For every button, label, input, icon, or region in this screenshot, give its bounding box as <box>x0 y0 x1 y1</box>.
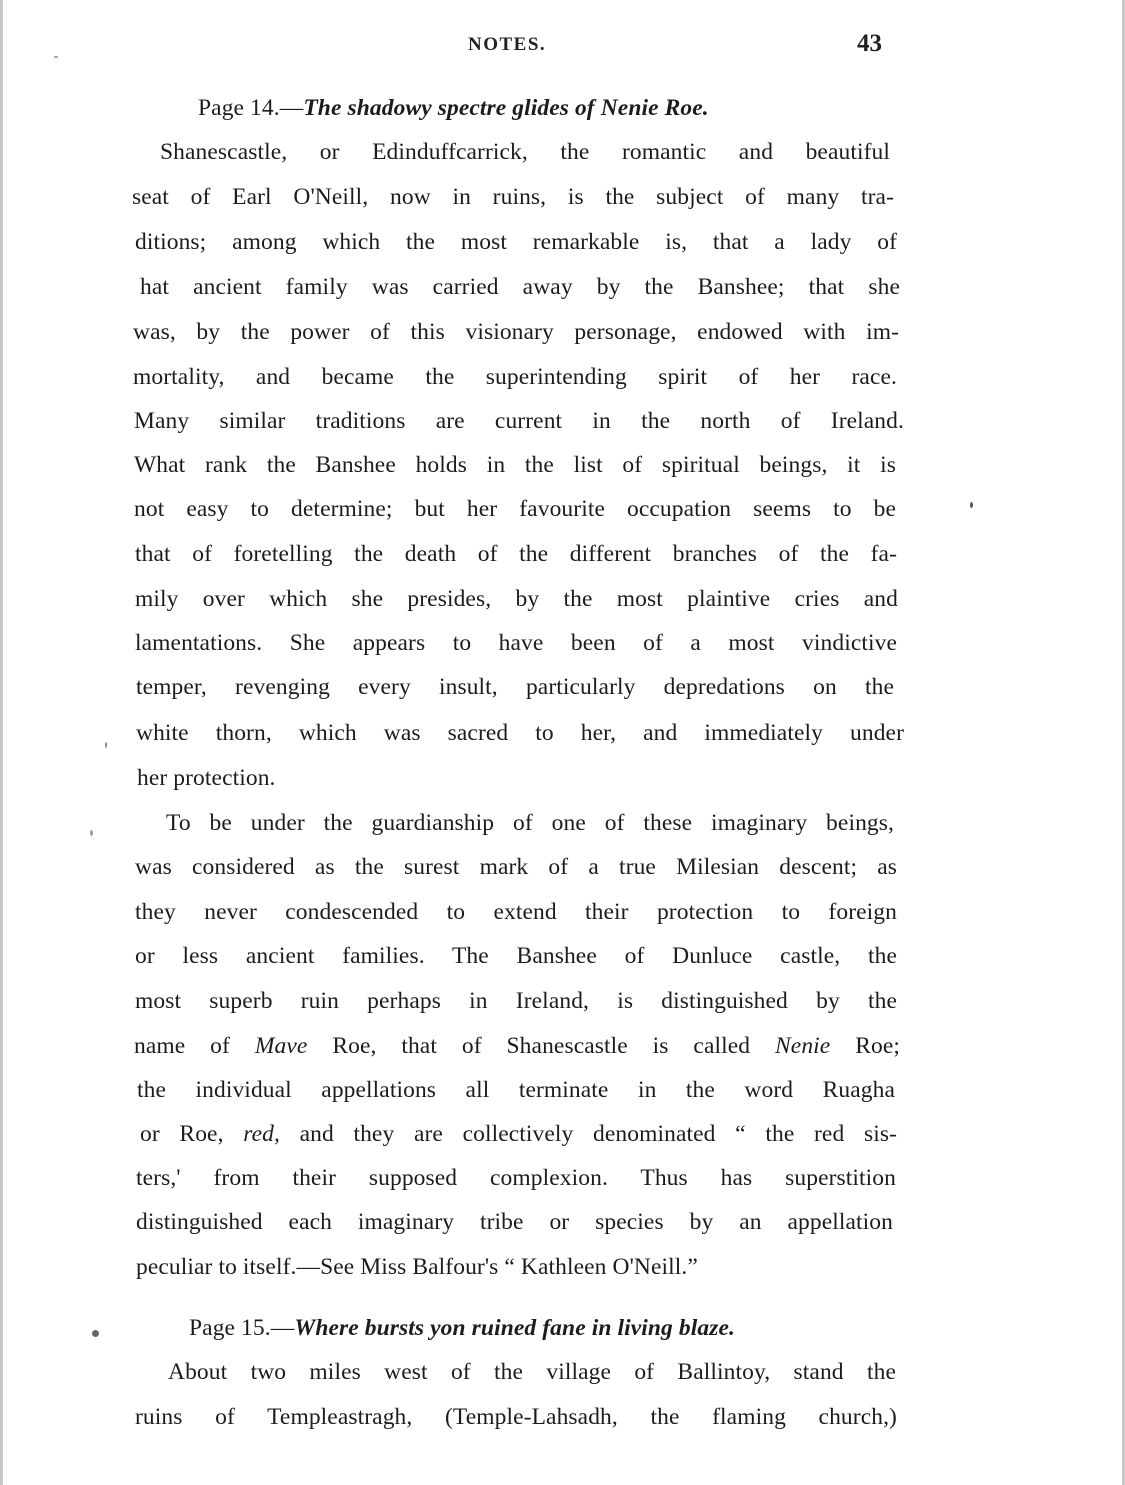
text-line: ditions; among which the most remarkable… <box>135 227 897 257</box>
text-line: most superb ruin perhaps in Ireland, is … <box>135 986 897 1016</box>
text-line: ruins of Templeastragh, (Temple-Lahsadh,… <box>135 1402 897 1432</box>
text-line: hat ancient family was carried away by t… <box>140 272 900 302</box>
text-line: was considered as the surest mark of a t… <box>135 852 897 882</box>
heading-lead: Page 14.— <box>198 95 303 121</box>
italic-run: Nenie <box>775 1033 830 1059</box>
text-line-with-italics: or Roe, red, and they are collectively d… <box>140 1119 897 1149</box>
heading-lead: Page 15.— <box>189 1315 294 1341</box>
text-line: they never condescended to extend their … <box>135 897 897 927</box>
text-line: To be under the guardianship of one of t… <box>166 808 894 838</box>
text-run: and they are collectively denominated “ … <box>280 1121 897 1147</box>
text-line: About two miles west of the village of B… <box>168 1357 896 1387</box>
scanned-book-page: NOTES. 43 Page 14.—The shadowy spectre g… <box>0 0 1125 1485</box>
text-line: distinguished each imaginary tribe or sp… <box>136 1207 893 1237</box>
text-run: or Roe, <box>140 1121 243 1147</box>
text-run: Roe; <box>830 1033 900 1059</box>
text-line: or less ancient families. The Banshee of… <box>135 941 897 971</box>
text-line: ters,' from their supposed complexion. T… <box>136 1163 896 1193</box>
text-line-with-italics: name of Mave Roe, that of Shanescastle i… <box>134 1031 900 1061</box>
section-heading-page-14: Page 14.—The shadowy spectre glides of N… <box>198 93 709 123</box>
heading-quote: The shadowy spectre glides of Nenie Roe. <box>303 95 708 121</box>
text-run: Roe, that of Shanescastle is called <box>307 1033 775 1059</box>
text-line: mily over which she presides, by the mos… <box>135 584 898 614</box>
heading-quote: Where bursts yon ruined fane in living b… <box>294 1315 735 1341</box>
scan-speck <box>105 742 107 748</box>
text-line: mortality, and became the superintending… <box>133 362 897 392</box>
text-line: peculiar to itself.—See Miss Balfour's “… <box>136 1252 698 1282</box>
text-line: seat of Earl O'Neill, now in ruins, is t… <box>132 182 894 212</box>
scan-speck <box>54 56 58 58</box>
scan-speck <box>92 1330 99 1337</box>
running-head: NOTES. 43 <box>0 30 1125 60</box>
scan-speck <box>90 830 93 836</box>
text-line: white thorn, which was sacred to her, an… <box>136 718 904 748</box>
italic-run: red, <box>243 1121 280 1147</box>
page-number: 43 <box>857 30 882 58</box>
text-line: What rank the Banshee holds in the list … <box>134 450 896 480</box>
text-line: Many similar traditions are current in t… <box>134 406 904 436</box>
text-line: the individual appellations all terminat… <box>137 1075 895 1105</box>
text-line: that of foretelling the death of the dif… <box>135 539 897 569</box>
text-line: temper, revenging every insult, particul… <box>136 672 894 702</box>
text-line: lamentations. She appears to have been o… <box>135 628 897 658</box>
text-line: her protection. <box>137 763 276 793</box>
text-run: name of <box>134 1033 255 1059</box>
text-line: Shanescastle, or Edinduffcarrick, the ro… <box>160 137 890 167</box>
running-title: NOTES. <box>468 34 546 56</box>
scan-speck <box>970 502 973 508</box>
text-line: not easy to determine; but her favourite… <box>134 494 896 524</box>
italic-run: Mave <box>255 1033 308 1059</box>
section-heading-page-15: Page 15.—Where bursts yon ruined fane in… <box>189 1313 735 1343</box>
text-line: was, by the power of this visionary pers… <box>133 317 899 347</box>
